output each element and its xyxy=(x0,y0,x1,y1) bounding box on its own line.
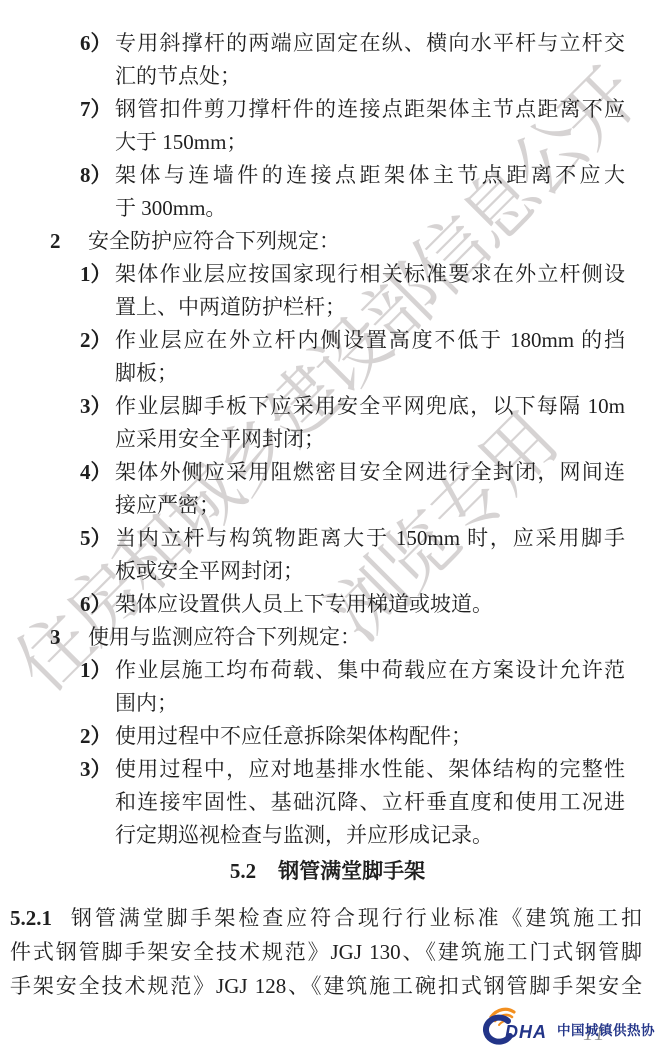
clause-text: 置上、中两道防护栏杆； xyxy=(115,295,346,319)
clause-item-1: 1）作业层施工均布荷载、集中荷载应在方案设计允许范围内； xyxy=(0,654,655,720)
clause-paragraph-5.2.1: 5.2.1钢管满堂脚手架检查应符合现行行业标准《建筑施工扣件式钢管脚手架安全技术… xyxy=(0,901,655,1003)
clause-text-line: 4）架体外侧应采用阻燃密目安全网进行全封闭，网间连 xyxy=(115,456,625,489)
clause-text-line: 板或安全平网封闭； xyxy=(115,555,625,588)
clause-text: 大于 150mm； xyxy=(115,130,247,154)
item-number: 4） xyxy=(80,456,112,489)
clause-text: 安全防护应符合下列规定： xyxy=(88,229,340,253)
clause-text-line: 汇的节点处； xyxy=(115,60,625,93)
clause-text-line: 5）当内立杆与构筑物距离大于 150mm 时，应采用脚手 xyxy=(115,522,625,555)
clause-text: 架体应设置供人员上下专用梯道或坡道。 xyxy=(115,592,493,616)
clause-item-6: 6）专用斜撑杆的两端应固定在纵、横向水平杆与立杆交汇的节点处； xyxy=(0,27,655,93)
clause-text: 围内； xyxy=(115,691,178,715)
clause-item-8: 8）架体与连墙件的连接点距架体主节点距离不应大于 300mm。 xyxy=(0,159,655,225)
item-number: 1） xyxy=(80,654,112,687)
clause-text: 接应严密； xyxy=(115,493,220,517)
clause-text-line: 应采用安全平网封闭； xyxy=(115,423,625,456)
clause-text-line: 6）架体应设置供人员上下专用梯道或坡道。 xyxy=(115,588,625,621)
clause-text-line: 和连接牢固性、基础沉降、立杆垂直度和使用工况进 xyxy=(115,786,625,819)
clause-text: 件式钢管脚手架安全技术规范》JGJ 130、《建筑施工门式钢管脚 xyxy=(10,940,642,964)
item-number: 3） xyxy=(80,390,112,423)
clause-text-line: 接应严密； xyxy=(115,489,625,522)
clause-text: 使用过程中，应对地基排水性能、架体结构的完整性 xyxy=(115,757,625,781)
clause-text: 和连接牢固性、基础沉降、立杆垂直度和使用工况进 xyxy=(115,790,625,814)
document-page: 住房和城乡建设部信息公开浏览专用 6）专用斜撑杆的两端应固定在纵、横向水平杆与立… xyxy=(0,0,655,1053)
item-number: 6） xyxy=(80,588,112,621)
item-number: 8） xyxy=(80,159,112,192)
clause-item-3: 3）作业层脚手板下应采用安全平网兜底，以下每隔 10m应采用安全平网封闭； xyxy=(0,390,655,456)
clause-text-line: 3使用与监测应符合下列规定： xyxy=(88,621,625,654)
document-content: 6）专用斜撑杆的两端应固定在纵、横向水平杆与立杆交汇的节点处；7）钢管扣件剪刀撑… xyxy=(0,0,655,1003)
clause-item-4: 4）架体外侧应采用阻燃密目安全网进行全封闭，网间连接应严密； xyxy=(0,456,655,522)
clause-text: 作业层施工均布荷载、集中荷载应在方案设计允许范 xyxy=(115,658,625,682)
item-number: 5） xyxy=(80,522,112,555)
clause-item-6: 6）架体应设置供人员上下专用梯道或坡道。 xyxy=(0,588,655,621)
clause-text-line: 3）作业层脚手板下应采用安全平网兜底，以下每隔 10m xyxy=(115,390,625,423)
clause-text: 使用过程中不应任意拆除架体构配件； xyxy=(115,724,472,748)
clause-text-line: 7）钢管扣件剪刀撑杆件的连接点距架体主节点距离不应 xyxy=(115,93,625,126)
clause-text-line: 6）专用斜撑杆的两端应固定在纵、横向水平杆与立杆交 xyxy=(115,27,625,60)
item-number: 2 xyxy=(50,225,61,258)
item-number: 5.2.1 xyxy=(10,906,52,930)
item-number: 3 xyxy=(50,621,61,654)
clause-text: 手架安全技术规范》JGJ 128、《建筑施工碗扣式钢管脚手架安全 xyxy=(10,974,642,998)
item-number: 7） xyxy=(80,93,112,126)
clause-text-line: 件式钢管脚手架安全技术规范》JGJ 130、《建筑施工门式钢管脚 xyxy=(10,935,642,969)
clause-item-3: 3使用与监测应符合下列规定： xyxy=(0,621,655,654)
clause-text: 应采用安全平网封闭； xyxy=(115,427,325,451)
clause-text: 钢管满堂脚手架检查应符合现行行业标准《建筑施工扣 xyxy=(68,906,642,930)
clause-text: 于 300mm。 xyxy=(115,196,226,220)
clause-text: 板或安全平网封闭； xyxy=(115,559,304,583)
item-number: 1） xyxy=(80,258,112,291)
clause-text-line: 5.2.1钢管满堂脚手架检查应符合现行行业标准《建筑施工扣 xyxy=(10,901,642,935)
item-number: 6） xyxy=(80,27,112,60)
clause-text: 作业层脚手板下应采用安全平网兜底，以下每隔 10m xyxy=(115,394,625,418)
clause-text-line: 3）使用过程中，应对地基排水性能、架体结构的完整性 xyxy=(115,753,625,786)
clause-text-line: 置上、中两道防护栏杆； xyxy=(115,291,625,324)
clause-text: 行定期巡视检查与监测，并应形成记录。 xyxy=(115,823,493,847)
clause-text-line: 8）架体与连墙件的连接点距架体主节点距离不应大 xyxy=(115,159,625,192)
clause-text: 汇的节点处； xyxy=(115,64,241,88)
clause-text-line: 1）架体作业层应按国家现行相关标准要求在外立杆侧设 xyxy=(115,258,625,291)
item-number: 2） xyxy=(80,324,112,357)
clause-text-line: 手架安全技术规范》JGJ 128、《建筑施工碗扣式钢管脚手架安全 xyxy=(10,969,642,1003)
clause-text: 架体与连墙件的连接点距架体主节点距离不应大 xyxy=(115,163,625,187)
clause-text-line: 大于 150mm； xyxy=(115,126,625,159)
clause-item-1: 1）架体作业层应按国家现行相关标准要求在外立杆侧设置上、中两道防护栏杆； xyxy=(0,258,655,324)
section-title: 钢管满堂脚手架 xyxy=(278,859,425,883)
item-number: 2） xyxy=(80,720,112,753)
item-number: 3） xyxy=(80,753,112,786)
clause-item-2: 2）使用过程中不应任意拆除架体构配件； xyxy=(0,720,655,753)
clause-text: 脚板； xyxy=(115,361,178,385)
clause-text-line: 于 300mm。 xyxy=(115,192,625,225)
clause-text: 架体作业层应按国家现行相关标准要求在外立杆侧设 xyxy=(115,262,625,286)
section-number: 5.2 xyxy=(230,859,256,883)
clause-item-2: 2）作业层应在外立杆内侧设置高度不低于 180mm 的挡脚板； xyxy=(0,324,655,390)
clause-text-line: 围内； xyxy=(115,687,625,720)
clause-text: 作业层应在外立杆内侧设置高度不低于 180mm 的挡 xyxy=(115,328,625,352)
association-logo: DHA 中国城镇供热协会 xyxy=(476,1004,655,1046)
logo-name: 中国城镇供热协会 xyxy=(557,1019,655,1039)
clause-text: 当内立杆与构筑物距离大于 150mm 时，应采用脚手 xyxy=(115,526,625,550)
clause-item-7: 7）钢管扣件剪刀撑杆件的连接点距架体主节点距离不应大于 150mm； xyxy=(0,93,655,159)
clause-item-3: 3）使用过程中，应对地基排水性能、架体结构的完整性和连接牢固性、基础沉降、立杆垂… xyxy=(0,753,655,852)
clause-text: 架体外侧应采用阻燃密目安全网进行全封闭，网间连 xyxy=(115,460,625,484)
clause-text-line: 2安全防护应符合下列规定： xyxy=(88,225,625,258)
clause-text: 专用斜撑杆的两端应固定在纵、横向水平杆与立杆交 xyxy=(115,31,625,55)
section-heading: 5.2钢管满堂脚手架 xyxy=(0,855,655,888)
clause-text-line: 2）使用过程中不应任意拆除架体构配件； xyxy=(115,720,625,753)
clause-text-line: 行定期巡视检查与监测，并应形成记录。 xyxy=(115,819,625,852)
clause-text-line: 1）作业层施工均布荷载、集中荷载应在方案设计允许范 xyxy=(115,654,625,687)
clause-text: 钢管扣件剪刀撑杆件的连接点距架体主节点距离不应 xyxy=(115,97,625,121)
clause-text-line: 脚板； xyxy=(115,357,625,390)
clause-item-2: 2安全防护应符合下列规定： xyxy=(0,225,655,258)
clause-text: 使用与监测应符合下列规定： xyxy=(88,625,361,649)
clause-item-5: 5）当内立杆与构筑物距离大于 150mm 时，应采用脚手板或安全平网封闭； xyxy=(0,522,655,588)
logo-abbr: DHA xyxy=(505,1022,547,1043)
clause-text-line: 2）作业层应在外立杆内侧设置高度不低于 180mm 的挡 xyxy=(115,324,625,357)
